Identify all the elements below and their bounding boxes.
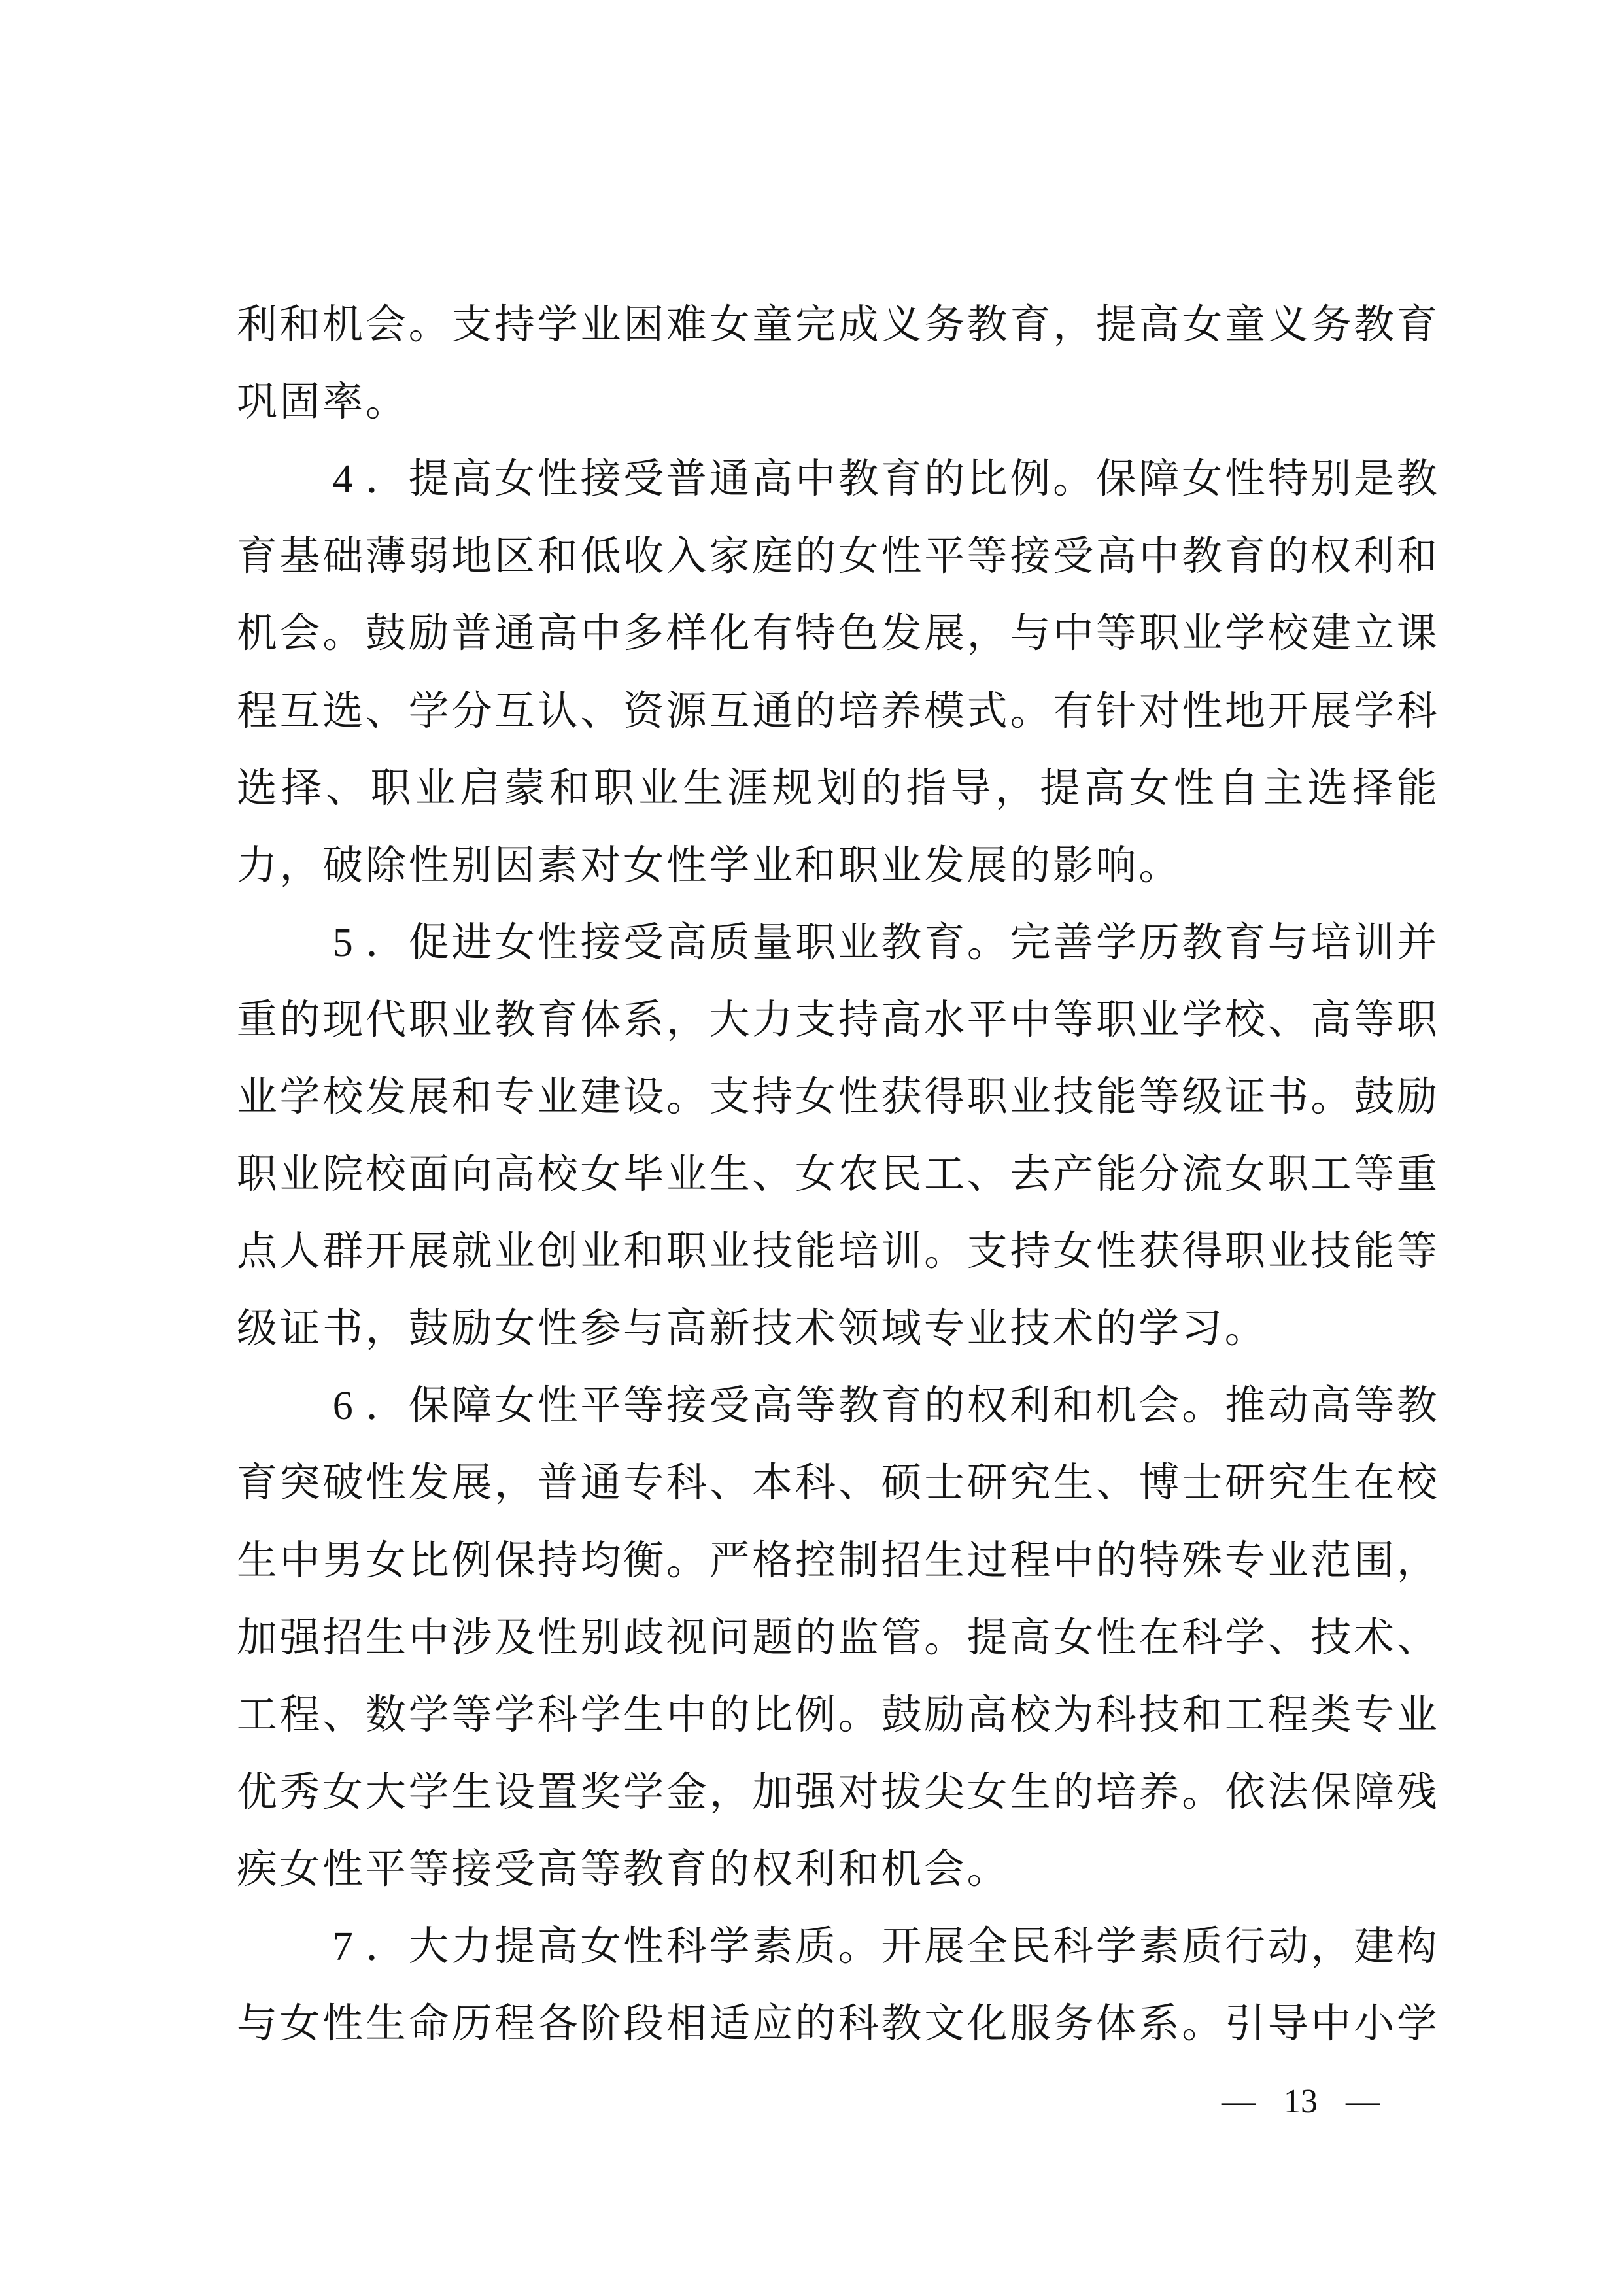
text-line: 4．提高女性接受普通高中教育的比例。保障女性特别是教 <box>235 441 1439 518</box>
text-line: 机会。鼓励普通高中多样化有特色发展，与中等职业学校建立课 <box>235 595 1439 672</box>
text-line: 育基础薄弱地区和低收入家庭的女性平等接受高中教育的权利和 <box>235 518 1439 595</box>
text-line: 力，破除性别因素对女性学业和职业发展的影响。 <box>235 827 1439 904</box>
text-line: 利和机会。支持学业困难女童完成义务教育，提高女童义务教育 <box>235 286 1439 364</box>
text-line: 与女性生命历程各阶段相适应的科教文化服务体系。引导中小学 <box>235 1985 1439 2063</box>
page-number: — 13 — <box>1222 2077 1380 2127</box>
text-line: 职业院校面向高校女毕业生、女农民工、去产能分流女职工等重 <box>235 1136 1439 1213</box>
text-line: 巩固率。 <box>235 364 1439 441</box>
text-line: 程互选、学分互认、资源互通的培养模式。有针对性地开展学科 <box>235 672 1439 749</box>
text-line: 7．大力提高女性科学素质。开展全民科学素质行动，建构 <box>235 1908 1439 1985</box>
text-line: 重的现代职业教育体系，大力支持高水平中等职业学校、高等职 <box>235 982 1439 1059</box>
text-line: 选择、职业启蒙和职业生涯规划的指导，提高女性自主选择能 <box>235 750 1439 827</box>
text-line: 工程、数学等学科学生中的比例。鼓励高校为科技和工程类专业 <box>235 1677 1439 1754</box>
text-line: 5．促进女性接受高质量职业教育。完善学历教育与培训并 <box>235 904 1439 982</box>
text-block: 利和机会。支持学业困难女童完成义务教育，提高女童义务教育 巩固率。 4．提高女性… <box>235 286 1439 2063</box>
text-line: 优秀女大学生设置奖学金，加强对拔尖女生的培养。依法保障残 <box>235 1754 1439 1831</box>
text-line: 疾女性平等接受高等教育的权利和机会。 <box>235 1831 1439 1908</box>
document-page: 利和机会。支持学业困难女童完成义务教育，提高女童义务教育 巩固率。 4．提高女性… <box>0 0 1623 2296</box>
text-line: 点人群开展就业创业和职业技能培训。支持女性获得职业技能等 <box>235 1213 1439 1290</box>
text-line: 6．保障女性平等接受高等教育的权利和机会。推动高等教 <box>235 1367 1439 1445</box>
text-line: 生中男女比例保持均衡。严格控制招生过程中的特殊专业范围， <box>235 1522 1439 1600</box>
text-line: 育突破性发展，普通专科、本科、硕士研究生、博士研究生在校 <box>235 1445 1439 1522</box>
text-line: 加强招生中涉及性别歧视问题的监管。提高女性在科学、技术、 <box>235 1600 1439 1677</box>
text-line: 业学校发展和专业建设。支持女性获得职业技能等级证书。鼓励 <box>235 1059 1439 1136</box>
text-line: 级证书，鼓励女性参与高新技术领域专业技术的学习。 <box>235 1290 1439 1367</box>
